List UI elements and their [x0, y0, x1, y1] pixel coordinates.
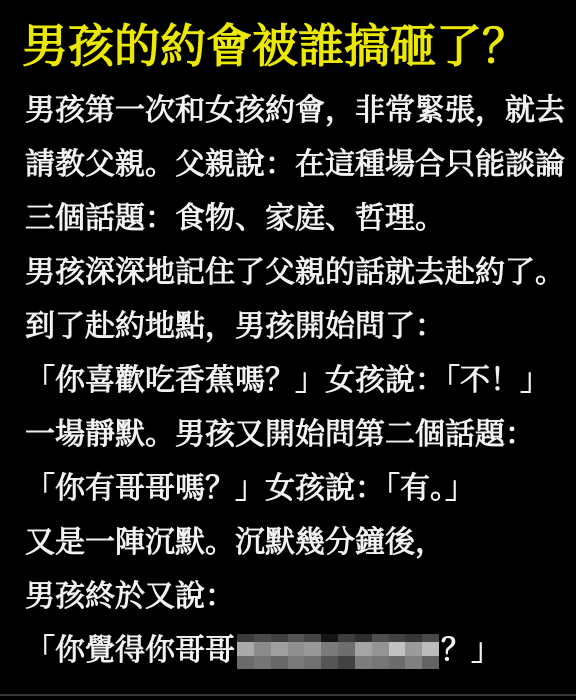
story-line: 男孩第一次和女孩約會，非常緊張，就去 [25, 84, 576, 138]
page-title: 男孩的約會被誰搞砸了？ [0, 0, 576, 76]
story-line: 到了赴約地點，男孩開始問了： [25, 300, 576, 354]
story-line: 男孩終於又說： [25, 570, 576, 624]
story-line: 「你喜歡吃香蕉嗎？」女孩說：「不！」 [25, 354, 576, 408]
story-line: 一場靜默。男孩又開始問第二個話題： [25, 408, 576, 462]
censored-mosaic [237, 634, 439, 669]
meme-page: 男孩的約會被誰搞砸了？ 男孩第一次和女孩約會，非常緊張，就去 請教父親。父親說：… [0, 0, 576, 700]
last-line-suffix: ？」 [441, 624, 501, 678]
story-line: 請教父親。父親說：在這種場合只能談論 [25, 138, 576, 192]
story-text: 男孩第一次和女孩約會，非常緊張，就去 請教父親。父親說：在這種場合只能談論 三個… [0, 84, 576, 678]
bottom-divider [0, 694, 576, 696]
last-line-prefix: 「你覺得你哥哥 [25, 624, 235, 678]
story-line: 「你有哥哥嗎？」女孩說：「有。」 [25, 462, 576, 516]
story-line: 又是一陣沉默。沉默幾分鐘後， [25, 516, 576, 570]
story-line: 三個話題：食物、家庭、哲理。 [25, 192, 576, 246]
story-line: 男孩深深地記住了父親的話就去赴約了。 [25, 246, 576, 300]
story-line-censored: 「你覺得你哥哥 ？」 [25, 624, 576, 678]
